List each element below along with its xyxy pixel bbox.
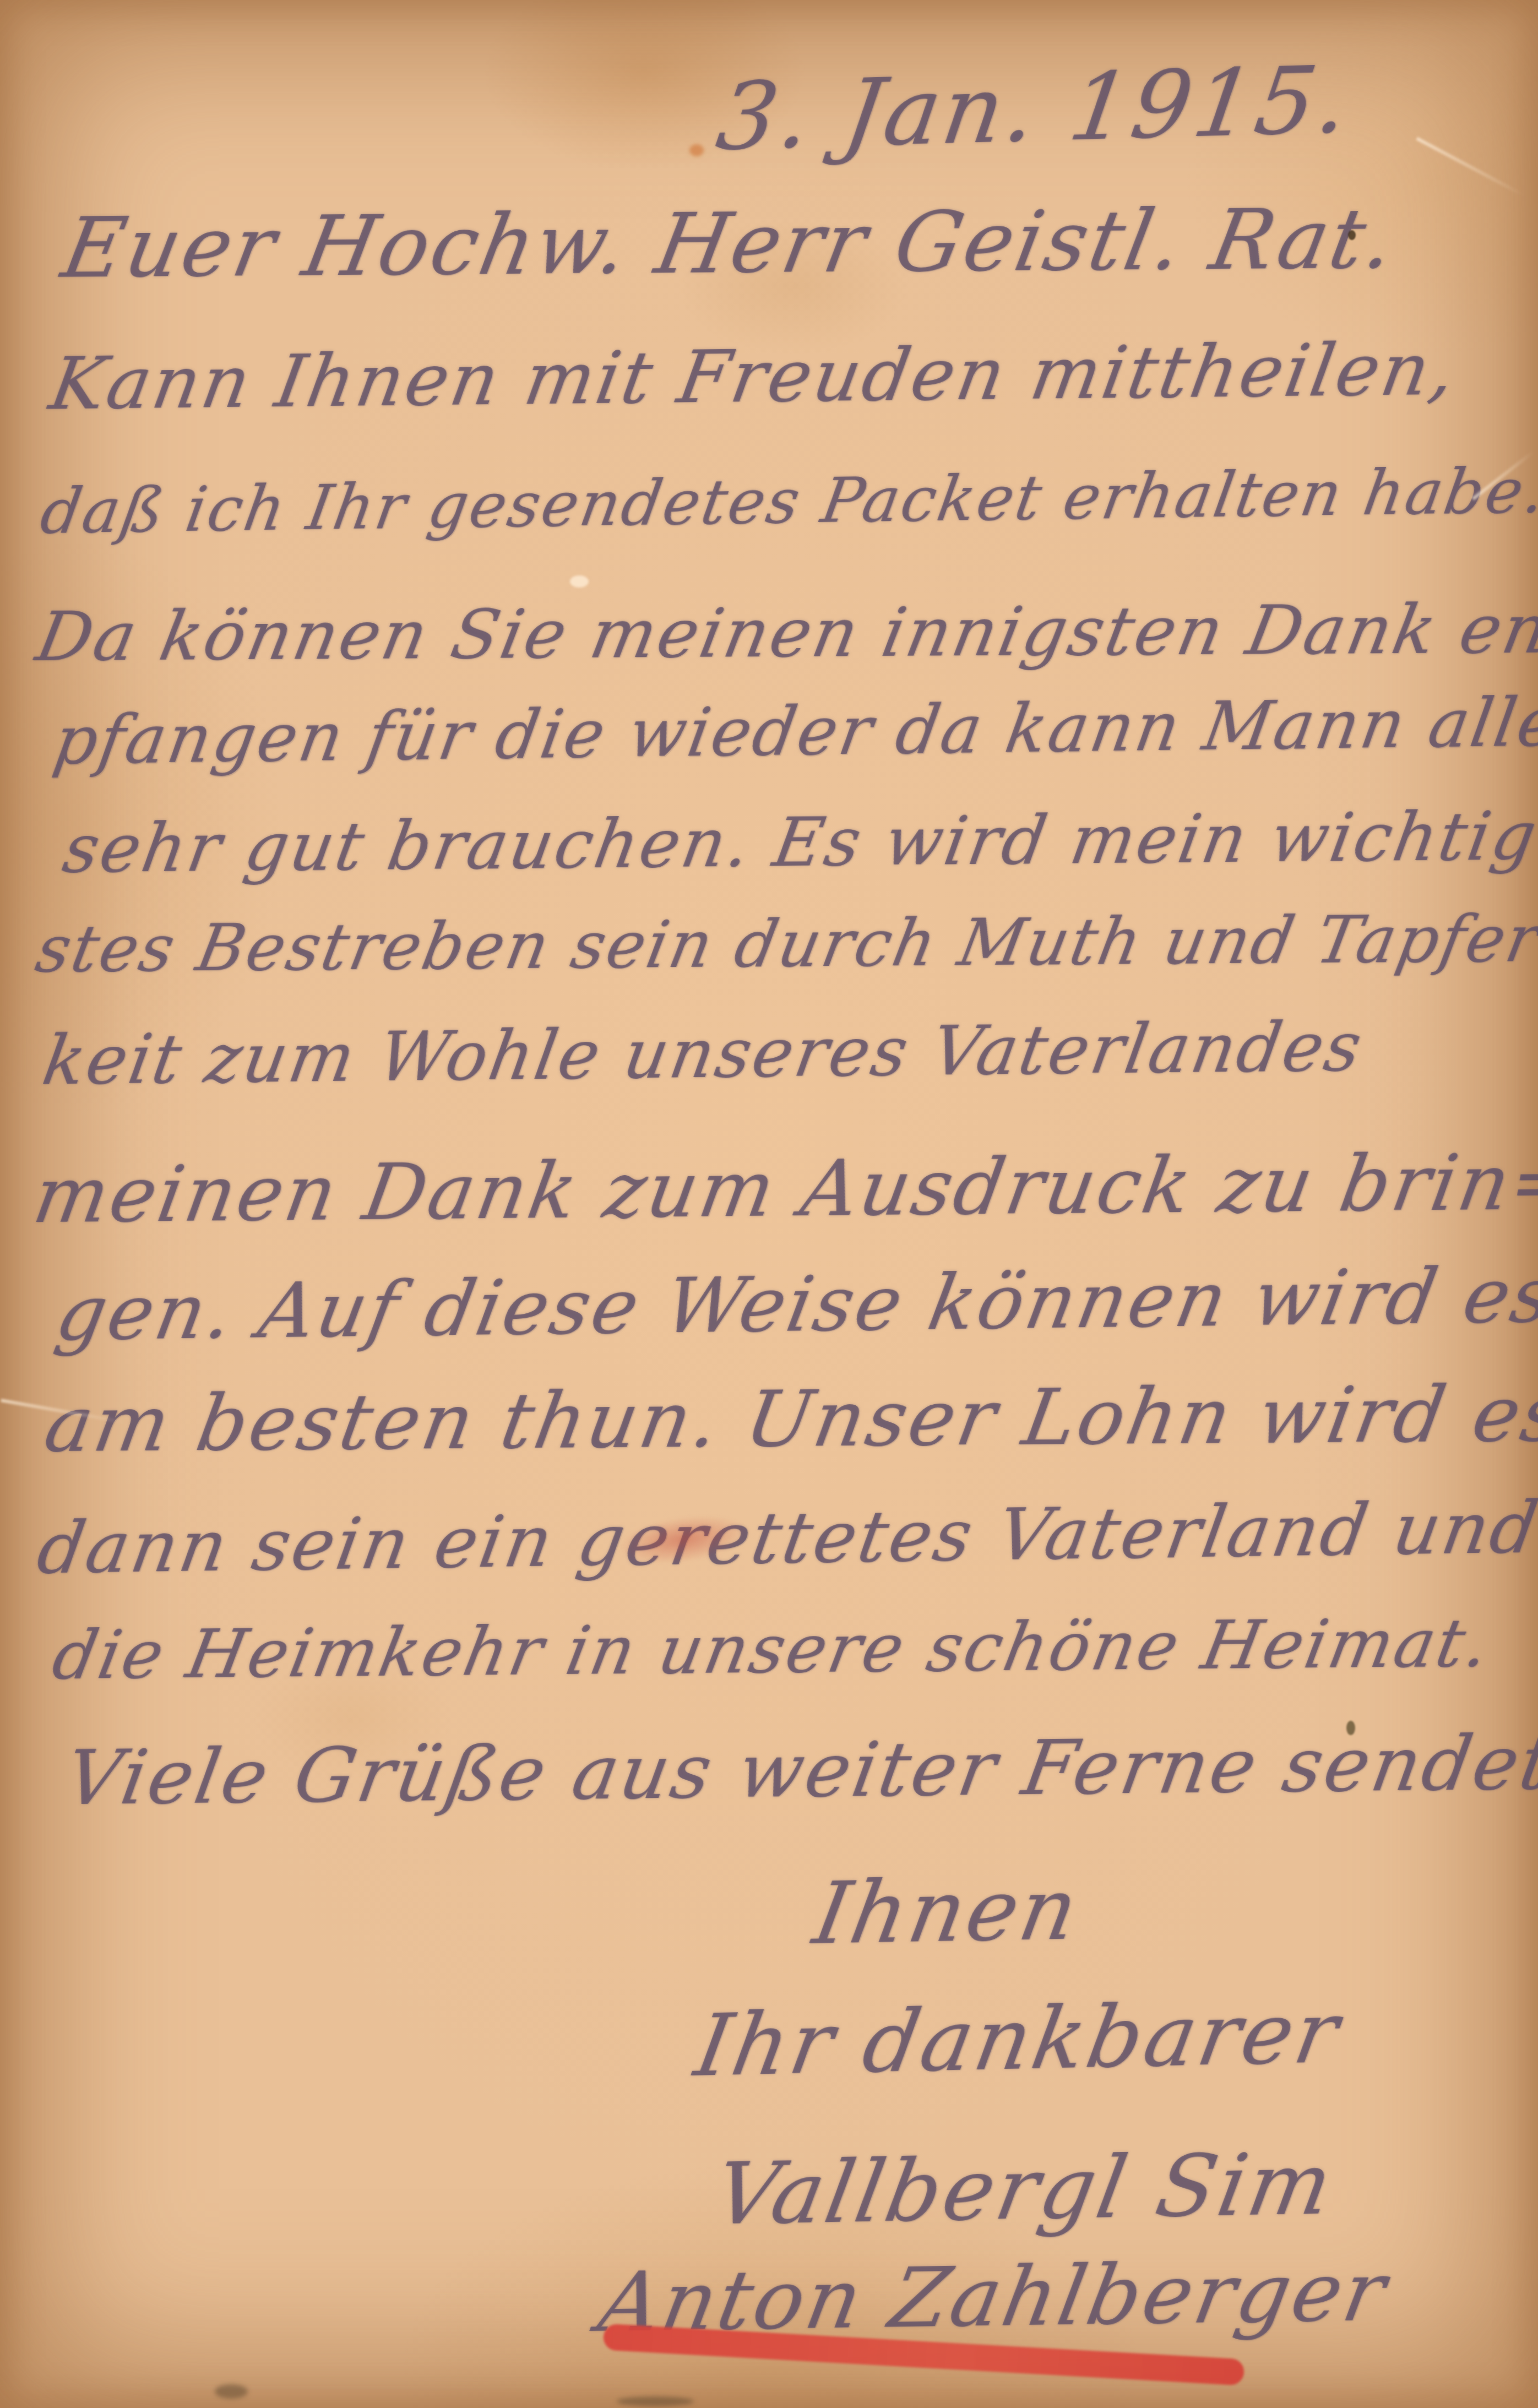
body-line: Kann Ihnen mit Freuden mittheilen, (44, 327, 1463, 426)
body-line: pfangen für die wieder da kann Mann alle… (48, 683, 1538, 780)
paper-speck (617, 2396, 694, 2406)
paper-speck (689, 144, 704, 156)
body-line: Da können Sie meinen innigsten Dank ent= (30, 589, 1538, 677)
body-line: meinen Dank zum Ausdruck zu brin= (28, 1138, 1538, 1241)
paper-speck (570, 575, 589, 588)
closing-line: Vallbergl Sim (708, 2134, 1341, 2244)
postcard-scan: 3. Jan. 1915. Euer Hochw. Herr Geistl. R… (0, 0, 1538, 2408)
body-line: am besten thun. Unser Lohn wird es (39, 1369, 1538, 1470)
paper-speck (1348, 230, 1356, 240)
body-line: dann sein ein gerettetes Vaterland und (32, 1485, 1538, 1590)
body-line: die Heimkehr in unsere schöne Heimat. (47, 1603, 1497, 1694)
salutation-line: Euer Hochw. Herr Geistl. Rat. (55, 192, 1404, 297)
body-line: daß ich Ihr gesendetes Packet erhalten h… (36, 455, 1538, 548)
body-line: gen. Auf diese Weise können wird es (50, 1251, 1538, 1358)
paper-speck (1346, 1721, 1355, 1735)
closing-line: Ihnen (807, 1860, 1087, 1964)
body-line: stes Bestreben sein durch Muth und Tapfe… (30, 900, 1538, 987)
body-line: Viele Grüße aus weiter Ferne sendet (59, 1719, 1538, 1822)
closing-line: Ihr dankbarer (688, 1983, 1348, 2096)
body-line: sehr gut brauchen. Es wird mein wichtig= (58, 796, 1538, 888)
date-line: 3. Jan. 1915. (710, 46, 1358, 171)
paper-speck (215, 2384, 248, 2399)
paper-crease (1416, 137, 1524, 197)
body-line: keit zum Wohle unseres Vaterlandes (37, 1008, 1369, 1100)
